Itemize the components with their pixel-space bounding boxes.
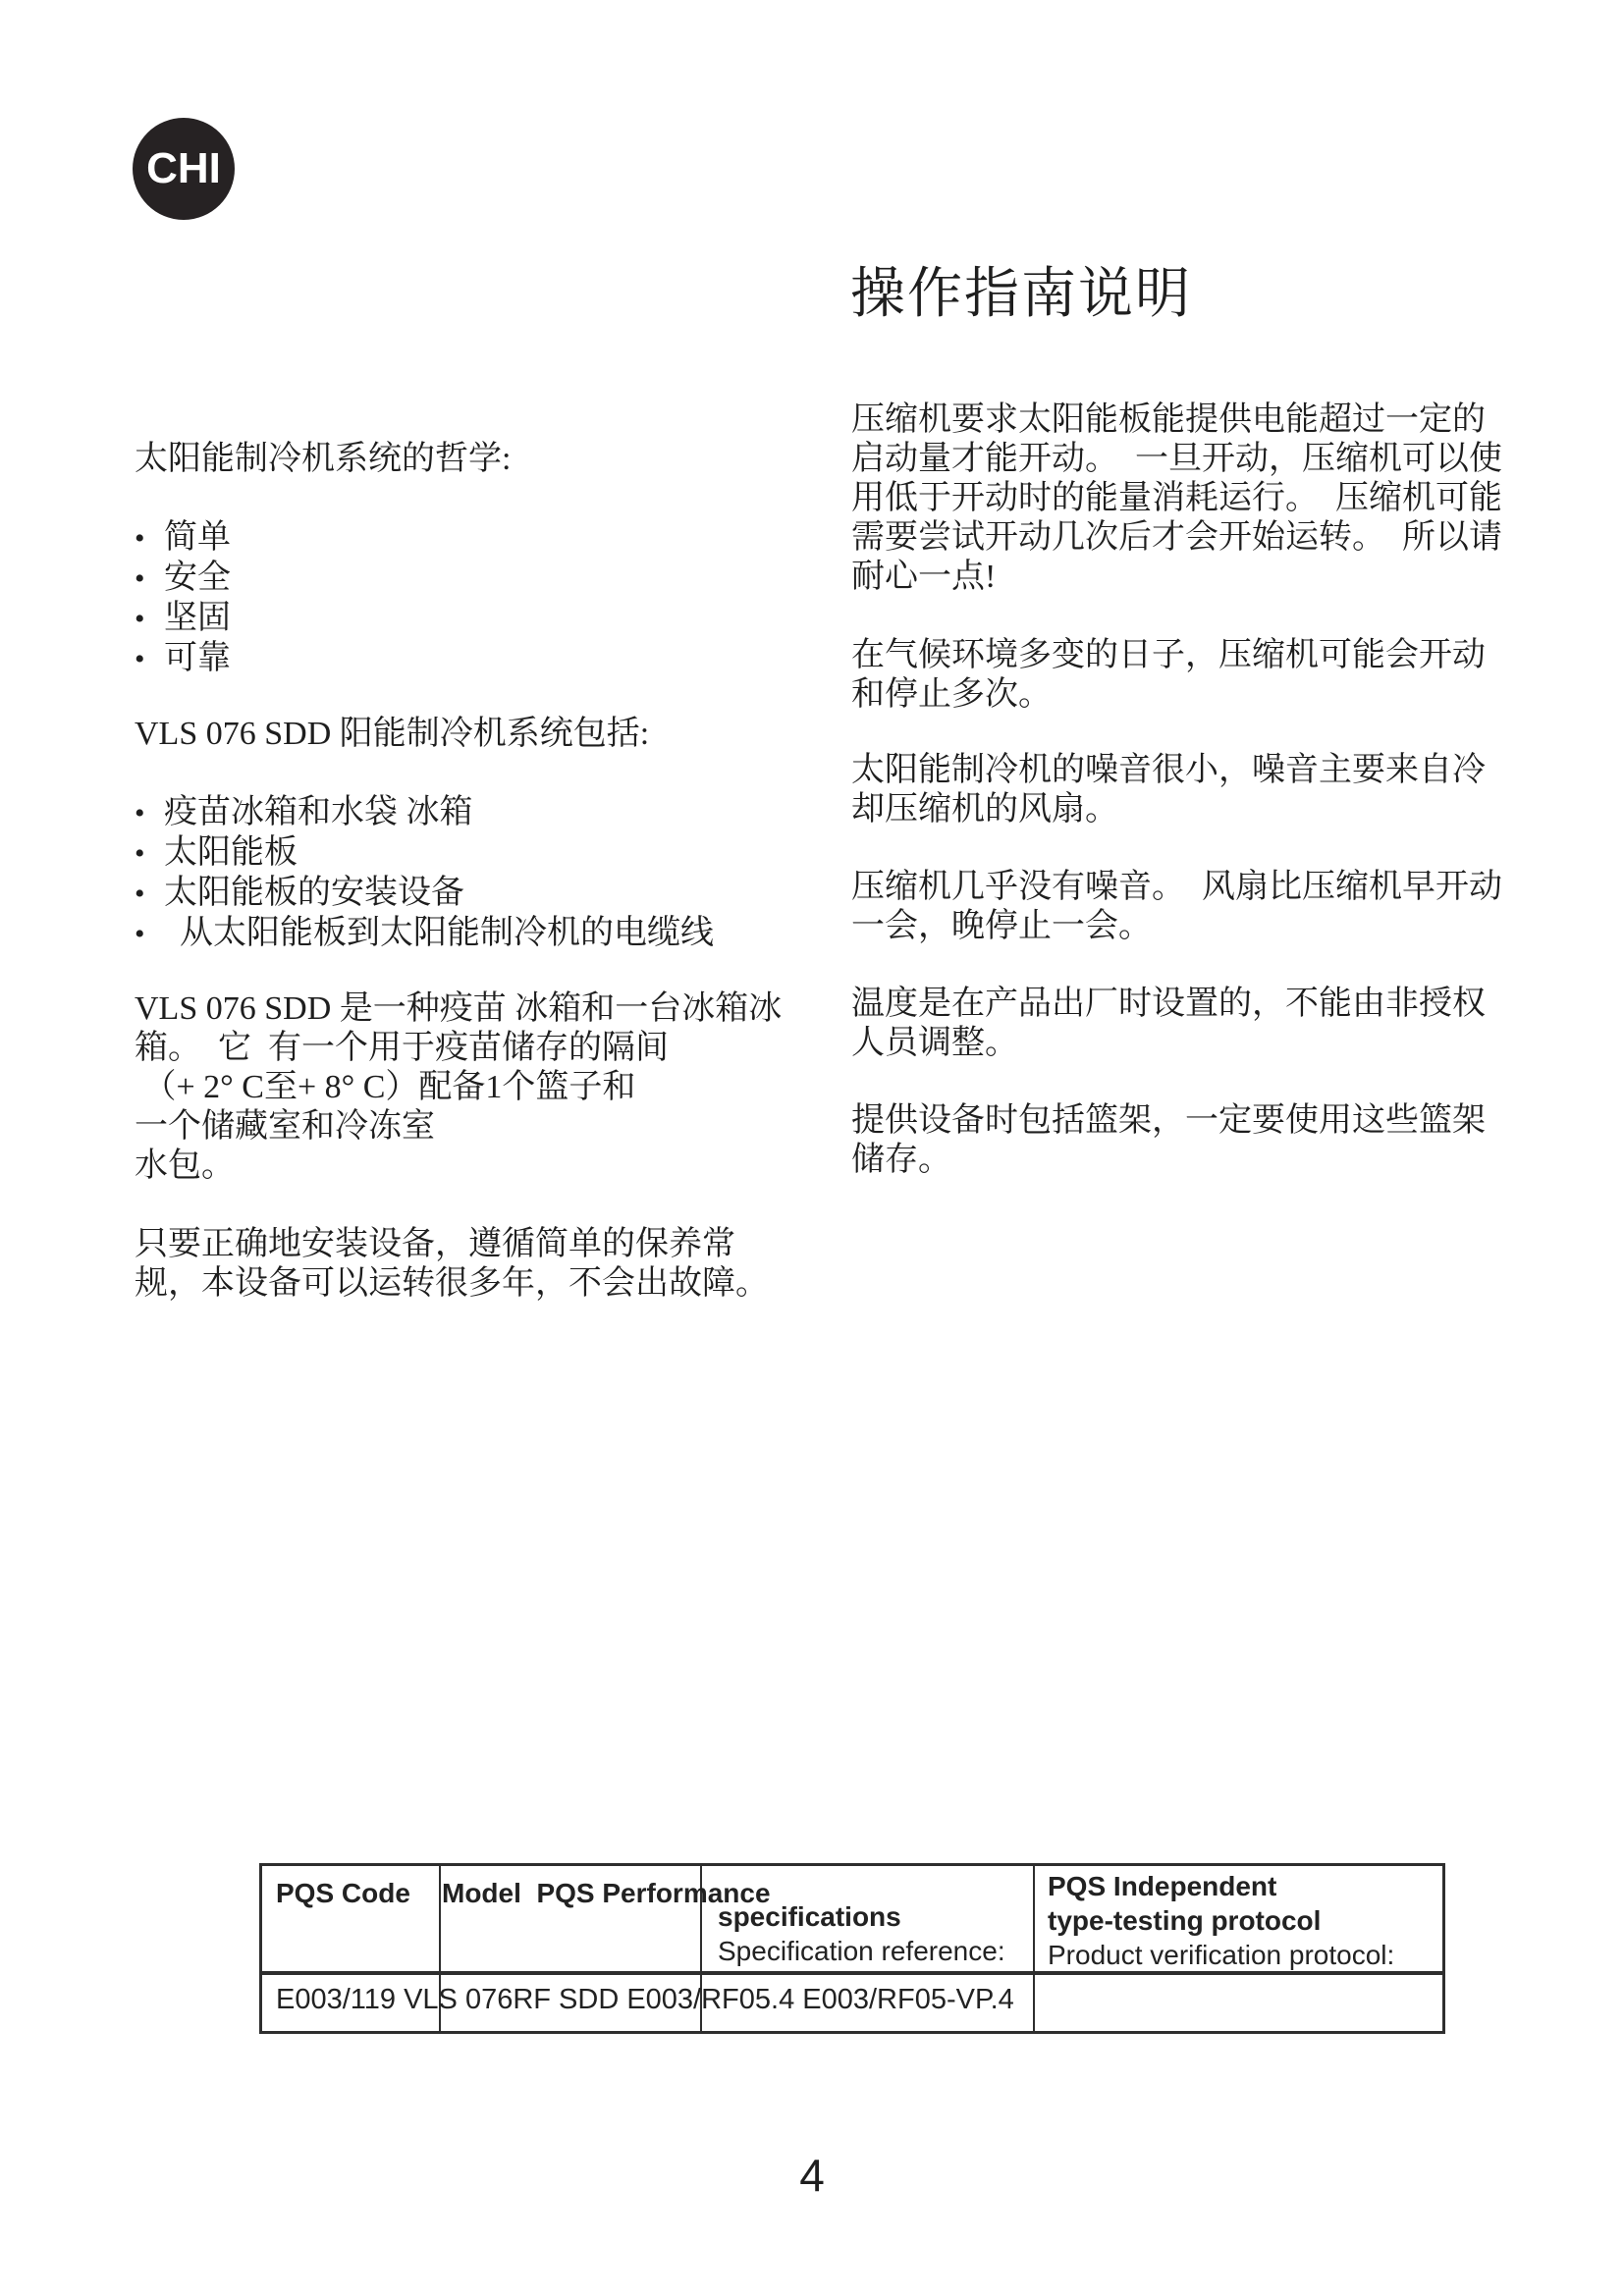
page-title: 操作指南说明	[850, 263, 1192, 326]
philosophy-heading: 太阳能制冷机系统的哲学:	[135, 440, 511, 479]
document-page: CHI 操作指南说明 太阳能制冷机系统的哲学: 简单 安全 坚固 可靠 VLS …	[0, 0, 1624, 2296]
list-item: 简单	[135, 518, 231, 559]
page-number: 4	[0, 2152, 1624, 2199]
fan-paragraph: 压缩机几乎没有噪音。 风扇比压缩机早开动 一会，晚停止一会。	[851, 868, 1502, 946]
header-specifications-cell: specifications Specification reference:	[718, 1899, 1005, 1968]
maintenance-paragraph: 只要正确地安装设备，遵循简单的保养常 规，本设备可以运转很多年，不会出故障。	[135, 1225, 769, 1304]
chi-badge: CHI	[133, 118, 235, 220]
list-item: 太阳能板的安装设备	[135, 874, 714, 914]
list-item: 坚固	[135, 599, 231, 639]
compressor-start-paragraph: 压缩机要求太阳能板能提供电能超过一定的 启动量才能开动。 一旦开动，压缩机可以使…	[851, 400, 1502, 597]
header-product-verification: Product verification protocol:	[1048, 1938, 1394, 1972]
philosophy-list: 简单 安全 坚固 可靠	[135, 518, 231, 679]
climate-paragraph: 在气候环境多变的日子，压缩机可能会开动 和停止多次。	[851, 636, 1486, 715]
header-pqs-code: PQS Code	[276, 1876, 410, 1910]
includes-heading: VLS 076 SDD 阳能制冷机系统包括:	[135, 715, 649, 754]
list-item: 安全	[135, 559, 231, 599]
noise-paragraph: 太阳能制冷机的噪音很小，噪音主要来自冷 却压缩机的风扇。	[851, 751, 1486, 829]
list-item: 从太阳能板到太阳能制冷机的电缆线	[135, 914, 714, 954]
pqs-table: PQS Code Model PQS Performance specifica…	[259, 1863, 1445, 2034]
header-specification-reference: Specification reference:	[718, 1934, 1005, 1968]
table-column-divider	[1033, 1866, 1035, 2031]
includes-list: 疫苗冰箱和水袋 冰箱 太阳能板 太阳能板的安装设备 从太阳能板到太阳能制冷机的电…	[135, 793, 714, 954]
description-paragraph: VLS 076 SDD 是一种疫苗 冰箱和一台冰箱冰 箱。 它 有一个用于疫苗储…	[135, 989, 782, 1186]
header-specifications: specifications	[718, 1899, 1005, 1934]
list-item: 太阳能板	[135, 833, 714, 874]
header-protocol-cell: PQS Independent type-testing protocol Pr…	[1048, 1869, 1394, 1972]
list-item: 可靠	[135, 639, 231, 679]
list-item: 疫苗冰箱和水袋 冰箱	[135, 793, 714, 833]
baskets-paragraph: 提供设备时包括篮架，一定要使用这些篮架 储存。	[851, 1101, 1486, 1180]
header-independent-protocol: PQS Independent type-testing protocol	[1048, 1869, 1394, 1938]
temperature-paragraph: 温度是在产品出厂时设置的，不能由非授权 人员调整。	[851, 985, 1486, 1063]
table-row: E003/119 VLS 076RF SDD E003/RF05.4 E003/…	[276, 1982, 1014, 2017]
chi-badge-label: CHI	[146, 147, 221, 190]
